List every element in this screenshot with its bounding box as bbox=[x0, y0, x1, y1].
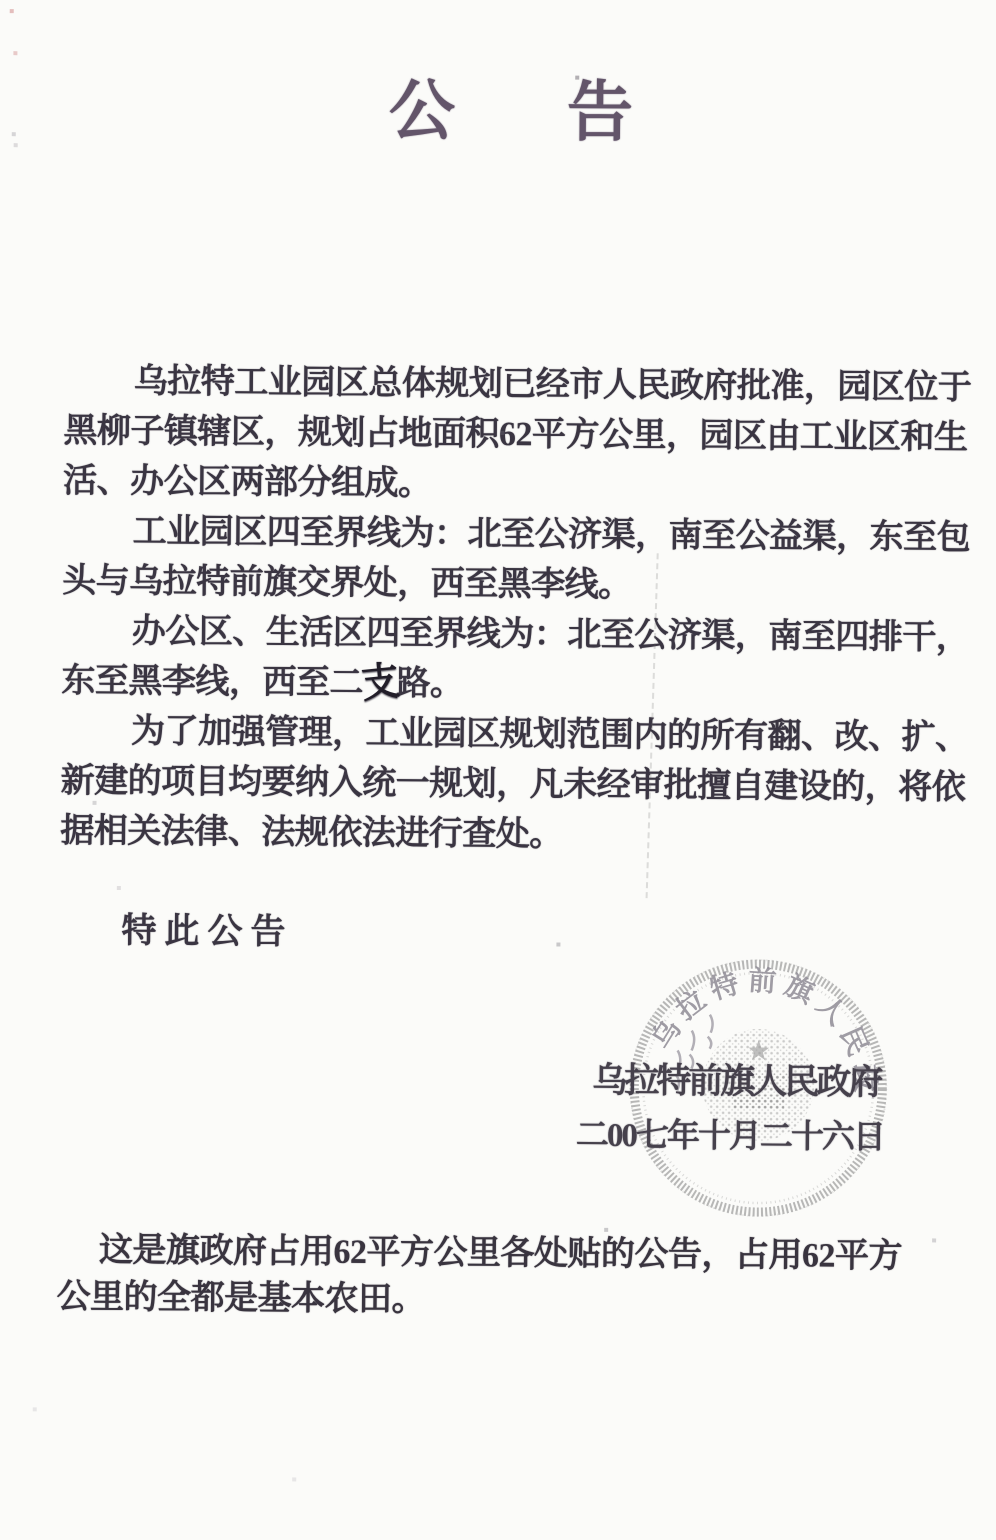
scan-content: 公告 乌拉特工业园区总体规划已经市人民政府批准，园区位于 黑柳子镇辖区，规划占地… bbox=[0, 0, 996, 1540]
body-text: 路。 bbox=[396, 665, 463, 703]
issue-date: 二00七年十月二十六日 bbox=[576, 1109, 884, 1158]
closing-phrase: 特此公告 bbox=[121, 903, 293, 954]
body-line: 头与乌拉特前旗交界处，西至黑李线。 bbox=[62, 557, 967, 614]
body-line: 新建的项目均要纳入统一规划，凡未经审批擅自建设的，将依 bbox=[60, 757, 965, 814]
body-line: 为了加强管理，工业园区规划范围内的所有翻、改、扩、 bbox=[61, 707, 966, 764]
notice-title: 公告 bbox=[4, 54, 996, 157]
bottom-annotation: 这是旗政府占用62平方公里各处贴的公告，占用62平方 公里的全都是基本农田。 bbox=[56, 1227, 962, 1328]
scanned-document-page: 公告 乌拉特工业园区总体规划已经市人民政府批准，园区位于 黑柳子镇辖区，规划占地… bbox=[0, 0, 996, 1540]
body-line: 活、办公区两部分组成。 bbox=[63, 457, 968, 514]
body-line: 工业园区四至界线为：北至公济渠，南至公益渠，东至包 bbox=[62, 507, 967, 564]
annotation-line: 公里的全都是基本农田。 bbox=[56, 1274, 961, 1328]
body-line: 东至黑李线，西至二支路。 bbox=[61, 657, 966, 714]
notice-body: 乌拉特工业园区总体规划已经市人民政府批准，园区位于 黑柳子镇辖区，规划占地面积6… bbox=[60, 357, 969, 864]
body-text: 东至黑李线，西至二 bbox=[61, 663, 363, 702]
issuer-signature: 乌拉特前旗人民政府 bbox=[592, 1053, 880, 1105]
body-line: 黑柳子镇辖区，规划占地面积62平方公里，园区由工业区和生 bbox=[63, 407, 968, 464]
body-line: 据相关法律、法规依法进行查处。 bbox=[60, 807, 965, 864]
body-line: 乌拉特工业园区总体规划已经市人民政府批准，园区位于 bbox=[64, 357, 969, 414]
annotation-line: 这是旗政府占用62平方公里各处贴的公告，占用62平方 bbox=[57, 1227, 962, 1281]
handwritten-correction-char: 支 bbox=[359, 653, 401, 715]
body-line: 办公区、生活区四至界线为：北至公济渠，南至四排干， bbox=[62, 607, 967, 664]
